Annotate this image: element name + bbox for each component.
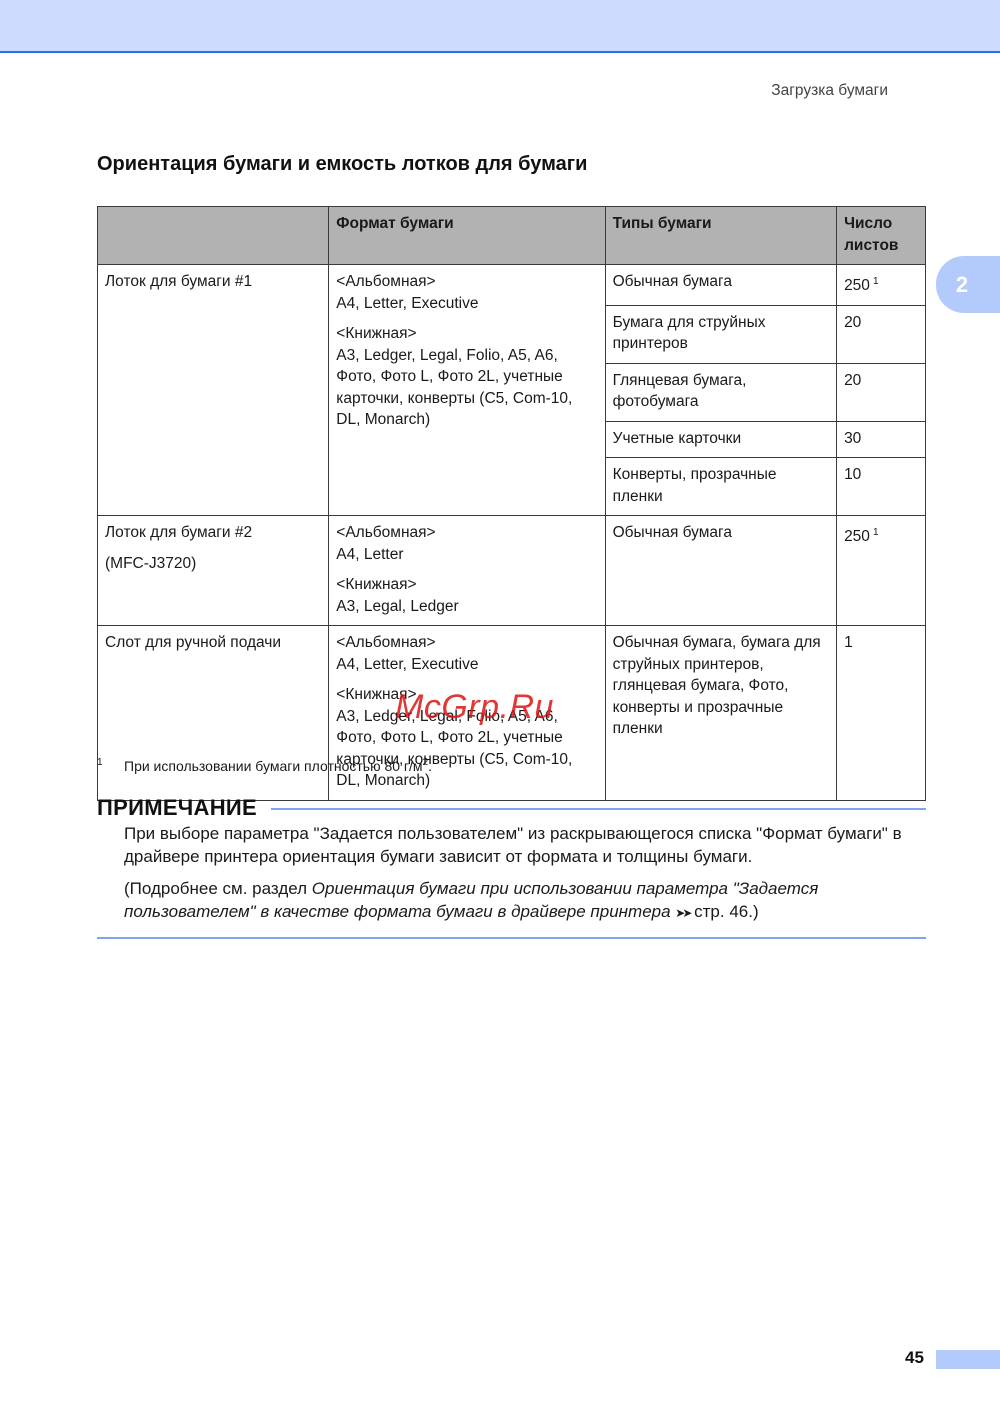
sheets-cell: 20 — [837, 363, 926, 421]
source-cell: Лоток для бумаги #2 (MFC-J3720) — [98, 516, 329, 626]
watermark: McGrp.Ru — [395, 688, 554, 727]
chapter-number: 2 — [956, 272, 968, 298]
header-band — [0, 0, 1000, 53]
type-cell: Обычная бумага — [605, 265, 836, 306]
note-body: При выборе параметра "Задается пользоват… — [124, 822, 929, 934]
footnote: 1При использовании бумаги плотностью 80 … — [97, 757, 432, 774]
footnote-text: При использовании бумаги плотностью 80 г… — [124, 758, 423, 774]
sheets-cell: 10 — [837, 458, 926, 516]
footnote-mark: 1 — [97, 757, 124, 768]
sheets-cell: 30 — [837, 421, 926, 458]
type-cell: Обычная бумага — [605, 516, 836, 626]
format-cell: <Альбомная>A4, Letter, Executive <Книжна… — [329, 265, 605, 516]
source-cell: Лоток для бумаги #1 — [98, 265, 329, 516]
note-title: ПРИМЕЧАНИЕ — [97, 795, 257, 821]
type-cell: Глянцевая бумага, фотобумага — [605, 363, 836, 421]
page-number: 45 — [905, 1348, 924, 1368]
sheets-cell: 20 — [837, 305, 926, 363]
sheets-cell: 2501 — [837, 516, 926, 626]
note-paragraph: (Подробнее см. раздел Ориентация бумаги … — [124, 877, 929, 925]
sheets-cell: 2501 — [837, 265, 926, 306]
sheets-cell: 1 — [837, 626, 926, 801]
type-cell: Обычная бумага, бумага для струйных прин… — [605, 626, 836, 801]
header-cell-format: Формат бумаги — [329, 207, 605, 265]
chapter-tab[interactable]: 2 — [936, 256, 1000, 313]
type-cell: Учетные карточки — [605, 421, 836, 458]
page-marker-bar — [936, 1350, 1000, 1369]
note-divider — [271, 808, 926, 810]
running-title: Загрузка бумаги — [771, 82, 888, 100]
type-cell: Бумага для струйных принтеров — [605, 305, 836, 363]
note-paragraph: При выборе параметра "Задается пользоват… — [124, 822, 929, 868]
type-cell: Конверты, прозрачные пленки — [605, 458, 836, 516]
note-header: ПРИМЕЧАНИЕ — [97, 795, 926, 821]
table-row: Лоток для бумаги #2 (MFC-J3720) <Альбомн… — [98, 516, 926, 626]
header-cell-source — [98, 207, 329, 265]
header-cell-types: Типы бумаги — [605, 207, 836, 265]
double-arrow-icon: ➤➤ — [675, 906, 689, 920]
table-header-row: Формат бумаги Типы бумаги Число листов — [98, 207, 926, 265]
header-cell-sheets: Число листов — [837, 207, 926, 265]
table-row: Лоток для бумаги #1 <Альбомная>A4, Lette… — [98, 265, 926, 306]
format-cell: <Альбомная>A4, Letter <Книжная>A3, Legal… — [329, 516, 605, 626]
note-bottom-divider — [97, 937, 926, 939]
section-title: Ориентация бумаги и емкость лотков для б… — [97, 153, 587, 176]
